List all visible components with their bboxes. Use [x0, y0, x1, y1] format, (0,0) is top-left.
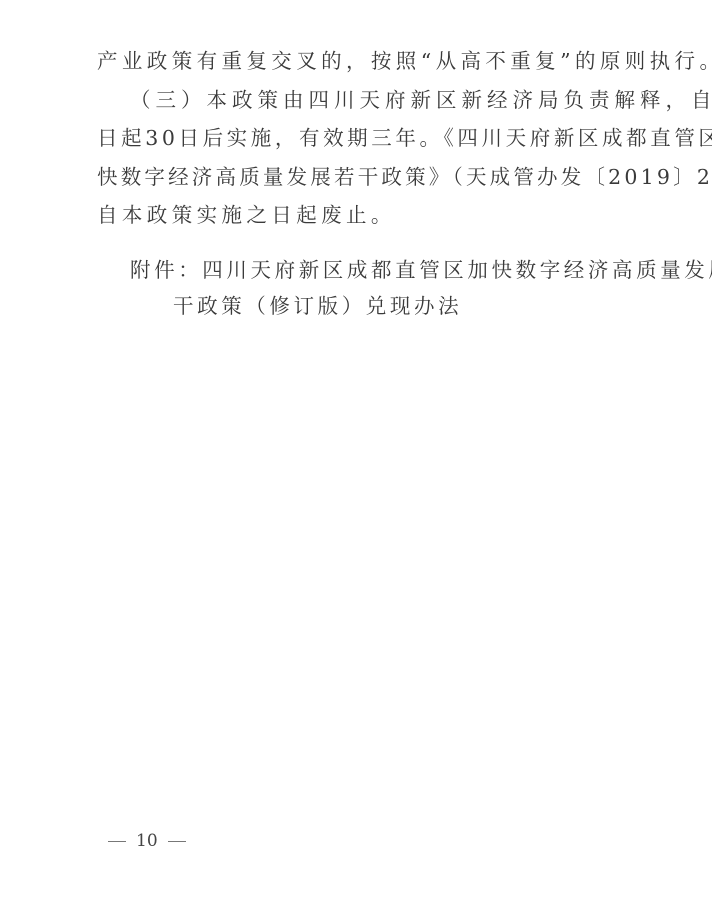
- page-number: 10: [108, 831, 186, 851]
- body-text-line: 产业政策有重复交叉的，按照“从高不重复”的原则执行。: [97, 47, 712, 75]
- body-text-line: 自本政策实施之日起废止。: [97, 201, 396, 229]
- body-text-line: （三）本政策由四川天府新区新经济局负责解释，自发布之: [130, 86, 712, 114]
- attachment-line-2: 干政策（修订版）兑现办法: [173, 292, 462, 320]
- page-number-value: 10: [136, 831, 158, 851]
- body-text-line: 日起30日后实施，有效期三年。《四川天府新区成都直管区加: [97, 124, 712, 152]
- dash-left: [108, 841, 126, 842]
- body-text-line: 快数字经济高质量发展若干政策》（天成管办发〔2019〕23号）: [97, 163, 712, 191]
- dash-right: [168, 841, 186, 842]
- attachment-line-1: 附件：四川天府新区成都直管区加快数字经济高质量发展若: [130, 256, 712, 284]
